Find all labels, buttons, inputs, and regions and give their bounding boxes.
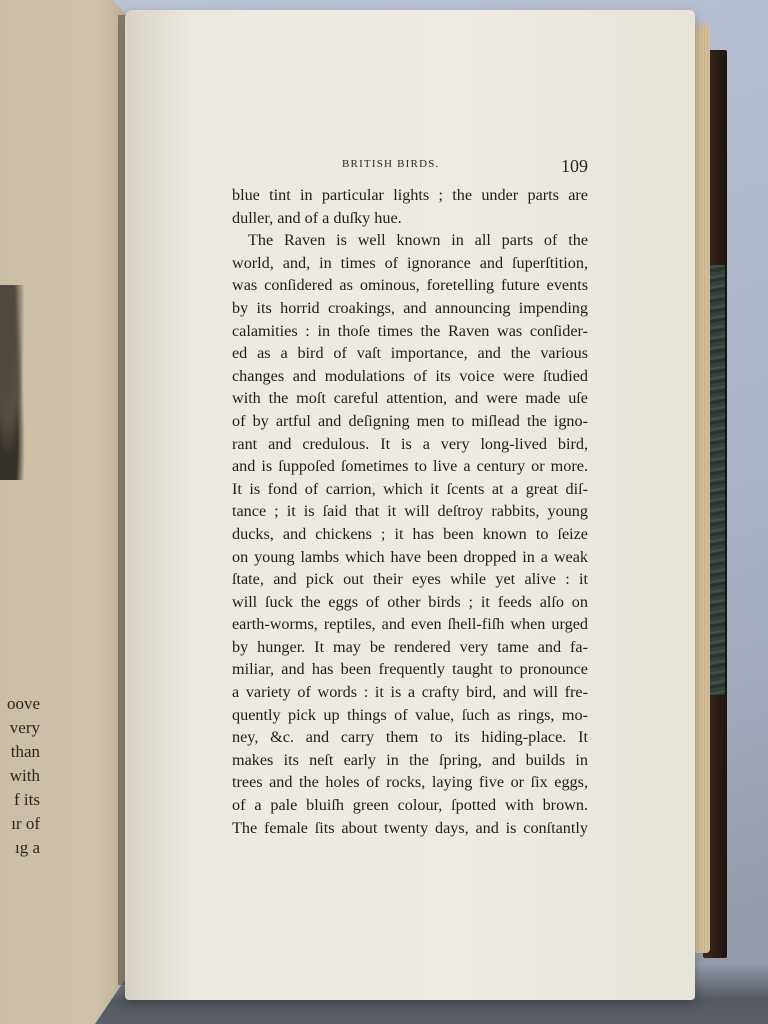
text-line: trees and the holes of rocks, laying fiv… — [232, 771, 588, 794]
text-line: ducks, and chickens ; it has been known … — [232, 523, 588, 546]
text-line: ſtate, and pick out their eyes while yet… — [232, 568, 588, 591]
text-line: changes and modulations of its voice wer… — [232, 365, 588, 388]
text-line: It is fond of carrion, which it ſcents a… — [232, 478, 588, 501]
text-line: world, and, in times of ignorance and ſu… — [232, 252, 588, 275]
text-line: with the moſt careful attention, and wer… — [232, 387, 588, 410]
text-line: ed as a bird of vaſt importance, and the… — [232, 342, 588, 365]
fragment-line: ır of — [0, 812, 40, 836]
fragment-line: f its — [0, 788, 40, 812]
text-line: a variety of words : it is a crafty bird… — [232, 681, 588, 704]
text-line: The female ſits about twenty days, and i… — [232, 817, 588, 840]
running-title: BRITISH BIRDS. — [342, 158, 439, 170]
text-line: by its horrid croakings, and announcing … — [232, 297, 588, 320]
text-line: rant and credulous. It is a very long-li… — [232, 433, 588, 456]
text-line: and is ſuppoſed ſometimes to live a cent… — [232, 455, 588, 478]
left-page-text-fragment: oove very than with f its ır of ıg a — [0, 692, 40, 860]
body-text: blue tint in particular lights ; the und… — [232, 184, 588, 839]
text-line: calamities : in thoſe times the Raven wa… — [232, 320, 588, 343]
text-line: was conſidered as ominous, foretelling f… — [232, 274, 588, 297]
text-line: on young lambs which have been dropped i… — [232, 546, 588, 569]
page-number: 109 — [561, 156, 588, 177]
fragment-line: than — [0, 740, 40, 764]
fragment-line: very — [0, 716, 40, 740]
text-line: ney, &c. and carry them to its hiding-pl… — [232, 726, 588, 749]
text-line: of a pale bluiſh green colour, ſpotted w… — [232, 794, 588, 817]
fragment-line: ıg a — [0, 836, 40, 860]
page-header: BRITISH BIRDS. 109 — [232, 158, 588, 182]
fragment-line: oove — [0, 692, 40, 716]
woodcut-illustration — [0, 285, 28, 480]
text-line: tance ; it is ſaid that it will deſtroy … — [232, 500, 588, 523]
text-line: quently pick up things of value, ſuch as… — [232, 704, 588, 727]
text-line: earth-worms, reptiles, and even ſhell-fi… — [232, 613, 588, 636]
text-line: will ſuck the eggs of other birds ; it f… — [232, 591, 588, 614]
paragraph-start-line: The Raven is well known in all parts of … — [232, 229, 588, 252]
text-line: blue tint in particular lights ; the und… — [232, 184, 588, 207]
text-line: makes its neſt early in the ſpring, and … — [232, 749, 588, 772]
left-page: oove very than with f its ır of ıg a — [0, 0, 133, 1024]
text-line: by hunger. It may be rendered very tame … — [232, 636, 588, 659]
text-line: of by artful and deſigning men to miſlea… — [232, 410, 588, 433]
text-line: miliar, and has been frequently taught t… — [232, 658, 588, 681]
text-line: duller, and of a duſky hue. — [232, 207, 588, 230]
fragment-line: with — [0, 764, 40, 788]
